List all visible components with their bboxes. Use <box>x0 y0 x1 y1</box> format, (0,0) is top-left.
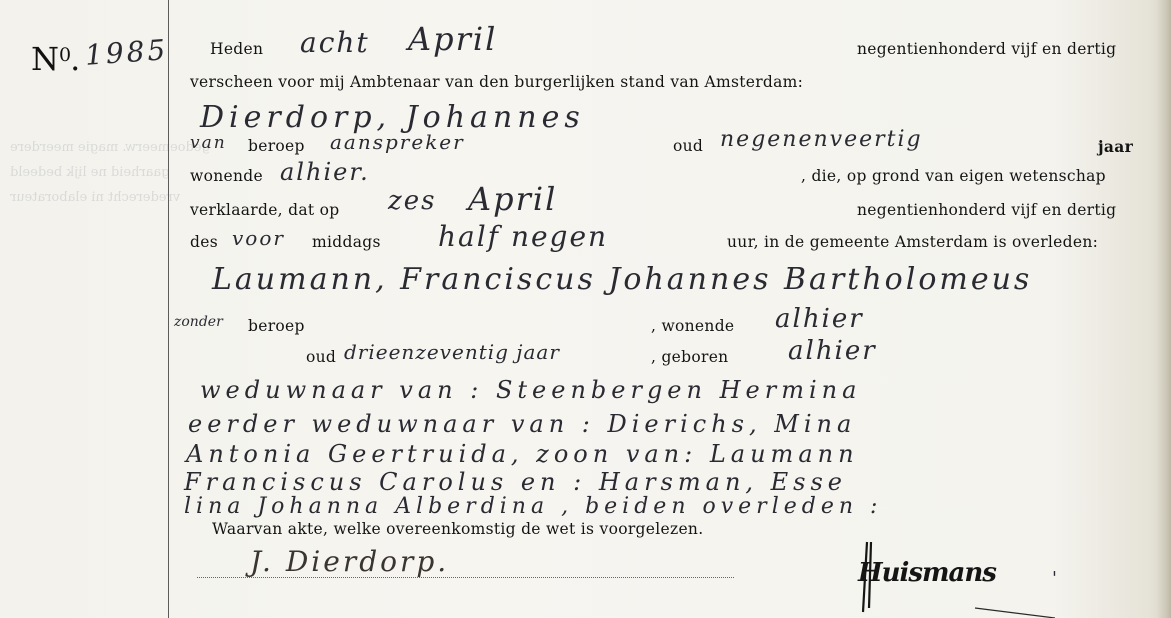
printed-die-op-grond: , die, op grond van eigen wetenschap <box>801 167 1106 185</box>
certificate-number-label: N0. <box>31 40 79 78</box>
printed-wonende-1: wonende <box>190 167 263 185</box>
handwritten-remark-line-1: weduwnaar van : Steenbergen Hermina <box>200 376 861 404</box>
signature-declarant: J. Dierdorp. <box>250 545 449 578</box>
printed-oud-1: oud <box>673 137 703 155</box>
number-superscript: 0 <box>59 44 70 66</box>
printed-jaar: jaar <box>1098 137 1133 156</box>
handwritten-deceased-birthplace: alhier <box>788 336 877 366</box>
handwritten-remark-line-2: eerder weduwnaar van : Dierichs, Mina <box>188 410 856 438</box>
number-dot: . <box>70 40 79 78</box>
printed-verscheen: verscheen voor mij Ambtenaar van den bur… <box>190 73 803 91</box>
printed-beroep-2: beroep <box>248 317 305 335</box>
printed-geboren: , geboren <box>651 348 728 366</box>
bleed-through-text: gaarheid ne lijk bedeeld <box>10 165 169 180</box>
handwritten-declarant-residence: alhier. <box>280 158 370 186</box>
margin-rule <box>168 0 169 618</box>
handwritten-deceased-name: Laumann, Franciscus Johannes Bartholomeu… <box>212 262 1032 297</box>
printed-year-phrase-1: negentienhonderd vijf en dertig <box>857 40 1116 58</box>
handwritten-zonder: zonder <box>174 314 223 330</box>
handwritten-declarant-occupation: aanspreker <box>330 130 465 154</box>
bleed-through-text: vrederecht ni elaborateur <box>10 190 180 205</box>
handwritten-death-month: April <box>468 180 557 218</box>
signature-dot: ' <box>1052 568 1059 589</box>
handwritten-remark-line-3: Antonia Geertruida, zoon van: Laumann <box>186 440 859 468</box>
certificate-number: 1985 <box>84 33 169 72</box>
handwritten-van: van <box>190 133 227 153</box>
printed-beroep-1: beroep <box>248 137 305 155</box>
printed-wonende-2: , wonende <box>651 317 734 335</box>
handwritten-deceased-age: drieenzeventig jaar <box>344 340 560 364</box>
printed-uur-overleden: uur, in de gemeente Amsterdam is overled… <box>727 233 1098 251</box>
handwritten-death-day: zes <box>388 186 436 216</box>
handwritten-date-day: acht <box>300 26 370 59</box>
printed-year-phrase-2: negentienhonderd vijf en dertig <box>857 201 1116 219</box>
handwritten-remark-line-5: lina Johanna Alberdina , beiden overlede… <box>184 494 882 519</box>
handwritten-voor: voor <box>232 226 285 250</box>
printed-des: des <box>190 233 218 251</box>
handwritten-deceased-residence: alhier <box>775 304 864 334</box>
printed-verklaarde: verklaarde, dat op <box>190 201 340 219</box>
printed-heden: Heden <box>210 40 263 58</box>
handwritten-date-month: April <box>408 20 497 58</box>
handwritten-death-time: half negen <box>438 220 608 253</box>
handwritten-remark-line-4: Franciscus Carolus en : Harsman, Esse <box>184 468 847 496</box>
number-prefix: N <box>31 40 58 78</box>
register-page: gedoemeerw. magie meerdere gaarheid ne l… <box>0 0 1171 618</box>
handwritten-declarant-age: negenenveertig <box>720 127 923 152</box>
printed-middags: middags <box>312 233 381 251</box>
bleed-through-text: gedoemeerw. magie meerdere <box>10 140 210 155</box>
printed-waarvan: Waarvan akte, welke overeenkomstig de we… <box>212 520 703 538</box>
printed-oud-2: oud <box>306 348 336 366</box>
signature-flourish-icon <box>855 538 1055 618</box>
page-edge-shadow <box>1157 0 1171 618</box>
